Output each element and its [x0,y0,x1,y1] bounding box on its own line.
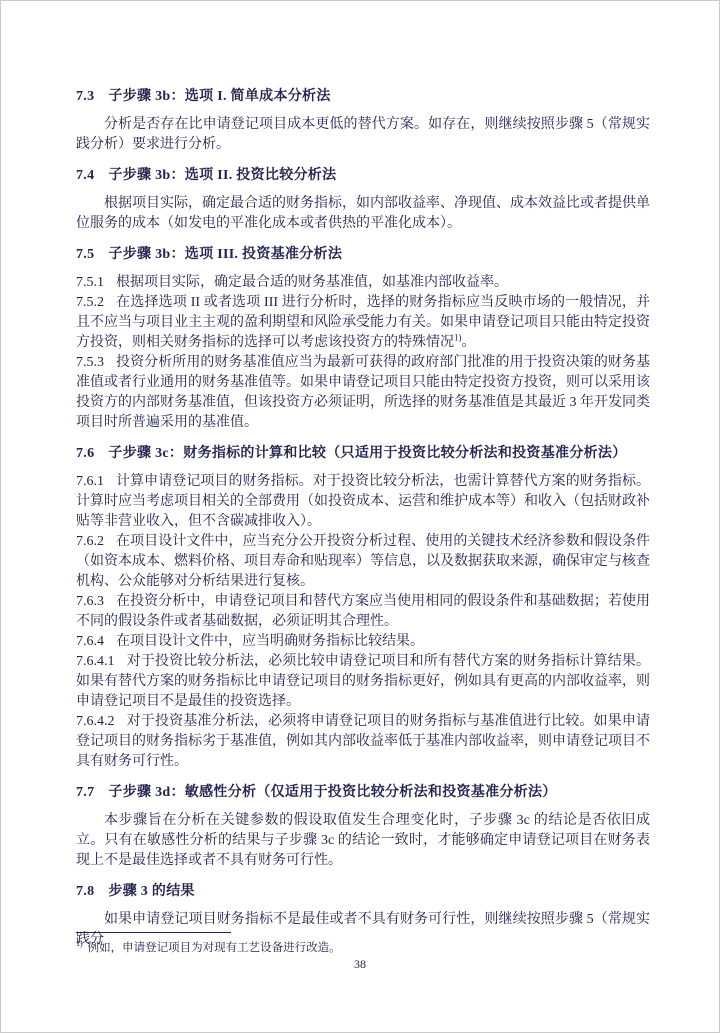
section-text: 投资分析所用的财务基准值应当为最新可获得的政府部门批准的用于投资决策的财务基准值… [76,355,650,430]
section-number: 7.6.2 [76,534,104,549]
section-number: 7.6.1 [76,474,104,489]
section-text: 计算申请登记项目的财务指标。对于投资比较分析法，也需计算替代方案的财务指标。计算… [76,474,650,529]
section-text: 根据项目实际，确定最合适的财务指标，如内部收益率、净现值、成本效益比或者提供单位… [76,196,650,231]
document-page: 7.3子步骤 3b：选项 I. 简单成本分析法分析是否存在比申请登记项目成本更低… [0,0,720,1033]
section-number: 7.6.4.1 [76,654,115,669]
section-text: 对于投资比较分析法，必须比较申请登记项目和所有替代方案的财务指标计算结果。如果有… [76,654,650,709]
section-number: 7.8 [76,884,94,899]
paragraph-7-5-3: 7.5.3投资分析所用的财务基准值应当为最新可获得的政府部门批准的用于投资决策的… [76,353,650,433]
footnote-marker: 1) [76,939,83,948]
section-number: 7.7 [76,785,94,800]
section-text: 在项目设计文件中，应当明确财务指标比较结果。 [116,634,424,649]
section-heading-7-4: 7.4子步骤 3b：选项 II. 投资比较分析法 [76,166,650,186]
section-number: 7.5.3 [76,355,104,370]
section-number: 7.5.2 [76,295,104,310]
footnote-area: 1)例如，申请登记项目为对现有工艺设备进行改造。 [76,932,650,956]
section-text: 本步骤旨在分析在关键参数的假设取值发生合理变化时，子步骤 3c 的结论是否依旧成… [76,813,650,868]
footnote-reference: 1) [454,332,462,342]
section-heading-7-7: 7.7子步骤 3d：敏感性分析（仅适用于投资比较分析法和投资基准分析法） [76,783,650,803]
section-text: 子步骤 3b：选项 I. 简单成本分析法 [108,89,330,104]
section-number: 7.5.1 [76,275,104,290]
page-number: 38 [1,957,719,972]
section-number: 7.4 [76,168,94,183]
section-number: 7.6.3 [76,594,104,609]
section-text: 分析是否存在比申请登记项目成本更低的替代方案。如存在，则继续按照步骤 5（常规实… [76,117,650,152]
paragraph-7-6-4-2: 7.6.4.2对于投资基准分析法，必须将申请登记项目的财务指标与基准值进行比较。… [76,712,650,772]
section-text: 对于投资基准分析法，必须将申请登记项目的财务指标与基准值进行比较。如果申请登记项… [76,714,650,769]
paragraph-7-6-1: 7.6.1计算申请登记项目的财务指标。对于投资比较分析法，也需计算替代方案的财务… [76,472,650,532]
document-body: 7.3子步骤 3b：选项 I. 简单成本分析法分析是否存在比申请登记项目成本更低… [76,87,650,950]
section-heading-7-5: 7.5子步骤 3b：选项 III. 投资基准分析法 [76,245,650,265]
section-number: 7.6.4.2 [76,714,115,729]
section-number: 7.5 [76,247,94,262]
section-text: 在项目设计文件中，应当充分公开投资分析过程、使用的关键技术经济参数和假设条件（如… [76,534,650,589]
section-heading-7-8: 7.8步骤 3 的结果 [76,882,650,902]
footnote-divider [76,932,231,933]
paragraph-16: 本步骤旨在分析在关键参数的假设取值发生合理变化时，子步骤 3c 的结论是否依旧成… [76,811,650,871]
section-text: 子步骤 3d：敏感性分析（仅适用于投资比较分析法和投资基准分析法） [108,785,556,800]
section-text: 子步骤 3b：选项 III. 投资基准分析法 [108,247,342,262]
paragraph-7-6-4: 7.6.4在项目设计文件中，应当明确财务指标比较结果。 [76,632,650,652]
paragraph-7-5-2: 7.5.2在选择选项 II 或者选项 III 进行分析时，选择的财务指标应当反映… [76,293,650,353]
footnote-text: 例如，申请登记项目为对现有工艺设备进行改造。 [88,942,341,954]
section-heading-7-6: 7.6子步骤 3c：财务指标的计算和比较（只适用于投资比较分析法和投资基准分析法… [76,444,650,464]
section-number: 7.6.4 [76,634,104,649]
paragraph-7-6-2: 7.6.2在项目设计文件中，应当充分公开投资分析过程、使用的关键技术经济参数和假… [76,532,650,592]
section-text-after: 。 [462,335,476,350]
section-number: 7.3 [76,89,94,104]
paragraph-3: 根据项目实际，确定最合适的财务指标，如内部收益率、净现值、成本效益比或者提供单位… [76,194,650,234]
section-text: 在投资分析中，申请登记项目和替代方案应当使用相同的假设条件和基础数据；若使用不同… [76,594,650,629]
paragraph-7-6-3: 7.6.3在投资分析中，申请登记项目和替代方案应当使用相同的假设条件和基础数据；… [76,592,650,632]
section-text: 子步骤 3c：财务指标的计算和比较（只适用于投资比较分析法和投资基准分析法） [108,446,626,461]
section-heading-7-3: 7.3子步骤 3b：选项 I. 简单成本分析法 [76,87,650,107]
section-text: 步骤 3 的结果 [108,884,194,899]
section-number: 7.6 [76,446,94,461]
section-text: 在选择选项 II 或者选项 III 进行分析时，选择的财务指标应当反映市场的一般… [76,295,650,350]
paragraph-7-6-4-1: 7.6.4.1对于投资比较分析法，必须比较申请登记项目和所有替代方案的财务指标计… [76,652,650,712]
section-text: 子步骤 3b：选项 II. 投资比较分析法 [108,168,336,183]
paragraph-7-5-1: 7.5.1根据项目实际，确定最合适的财务基准值，如基准内部收益率。 [76,273,650,293]
footnote: 1)例如，申请登记项目为对现有工艺设备进行改造。 [76,940,650,956]
section-text: 根据项目实际，确定最合适的财务基准值，如基准内部收益率。 [116,275,508,290]
paragraph-1: 分析是否存在比申请登记项目成本更低的替代方案。如存在，则继续按照步骤 5（常规实… [76,115,650,155]
